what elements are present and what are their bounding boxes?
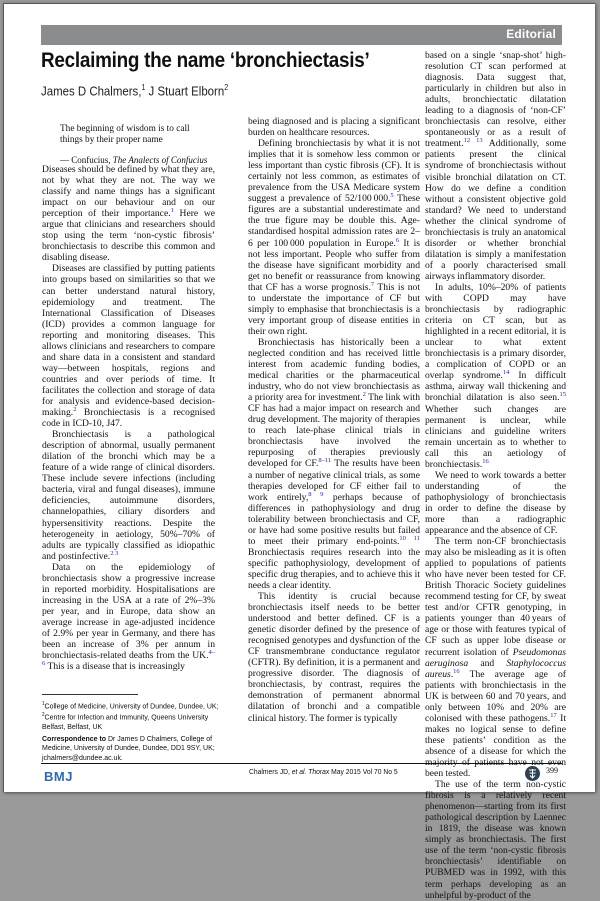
author-name: J Stuart Elborn [149,83,225,98]
reference-link[interactable]: 15 [560,391,567,398]
paragraph: Bronchiectasis is a pathological descrip… [42,429,215,562]
text: and [468,658,506,669]
footer-divider [41,763,562,764]
paragraph: Data on the epidemiology of bronchiectas… [42,562,215,672]
journal-citation: Chalmers JD, et al. Thorax May 2015 Vol … [249,767,398,776]
thorax-society-logo-icon [525,766,540,781]
page-number: 399 [546,766,558,775]
text: This is a disease that is increasingly [45,661,185,672]
citation-authors: Chalmers JD, [249,767,292,776]
paragraph: based on a single ‘snap-shot’ high-resol… [425,50,566,282]
citation-journal: Thorax [306,767,329,776]
text: Data on the epidemiology of bronchiectas… [42,562,215,661]
text: Bronchiectasis requires research into th… [248,547,420,591]
epigraph-quote: The beginning of wisdom is to call thing… [60,124,198,146]
text: In adults, 10%–20% of patients with COPD… [425,282,566,381]
paragraph: In adults, 10%–20% of patients with COPD… [425,282,566,470]
text: Bronchiectasis is a pathological descrip… [42,429,215,562]
section-label: Editorial [506,27,556,41]
correspondence-label: Correspondence to [42,734,106,743]
paragraph: We need to work towards a better underst… [425,470,566,536]
journal-page: Editorial Reclaiming the name ‘bronchiec… [3,3,595,792]
text: The term non-CF bronchiectasis may also … [425,536,566,657]
author-affiliation: 1 [141,83,145,92]
citation-issue: May 2015 Vol 70 No 5 [329,767,397,776]
text-column-3: based on a single ‘snap-shot’ high-resol… [425,50,566,801]
paragraph: Diseases are classified by putting patie… [42,263,215,429]
text-column-1: Diseases should be defined by what they … [42,164,215,672]
reference-link[interactable]: 10 11 [399,535,420,542]
text-column-2: being diagnosed and is placing a signifi… [248,116,420,724]
paragraph: The use of the term non-cystic fibrosis … [425,779,566,801]
affiliations: 1College of Medicine, University of Dund… [42,700,220,731]
citation-etal: et al. [292,767,307,776]
paragraph: being diagnosed and is placing a signifi… [248,116,420,138]
author-name: James D Chalmers, [41,83,141,98]
text: Whether such changes are permanent is un… [425,404,566,470]
author-list: James D Chalmers,1 J Stuart Elborn2 [41,83,228,98]
section-banner: Editorial [41,25,562,45]
affiliation-text: Centre for Infection and Immunity, Queen… [42,712,208,730]
reference-link[interactable]: 16 [482,458,489,465]
paragraph: The term non-CF bronchiectasis may also … [425,536,566,779]
author-affiliation: 2 [224,83,228,92]
correspondence: Correspondence to Dr James D Chalmers, C… [42,734,220,762]
affiliation-text: College of Medicine, University of Dunde… [45,702,219,711]
reference-link[interactable]: 2 3 [110,549,118,556]
paragraph: Bronchiectasis has historically been a n… [248,337,420,591]
paragraph: Defining bronchiectasis by what it is no… [248,138,420,337]
article-title: Reclaiming the name ‘bronchiectasis’ [41,49,370,73]
text: based on a single ‘snap-shot’ high-resol… [425,50,566,149]
text: Diseases are classified by putting patie… [42,263,215,418]
publisher-logo[interactable]: BMJ [44,769,73,784]
reference-link[interactable]: 8 9 [308,490,323,497]
reference-link[interactable]: 12 13 [464,137,483,144]
paragraph: Diseases should be defined by what they … [42,164,215,263]
text: Additionally, some patients present the … [425,138,566,282]
footnote-divider [42,694,138,695]
paragraph: This identity is crucial because bronchi… [248,591,420,724]
footnotes: 1College of Medicine, University of Dund… [42,700,220,765]
reference-link[interactable]: 8–11 [318,457,331,464]
